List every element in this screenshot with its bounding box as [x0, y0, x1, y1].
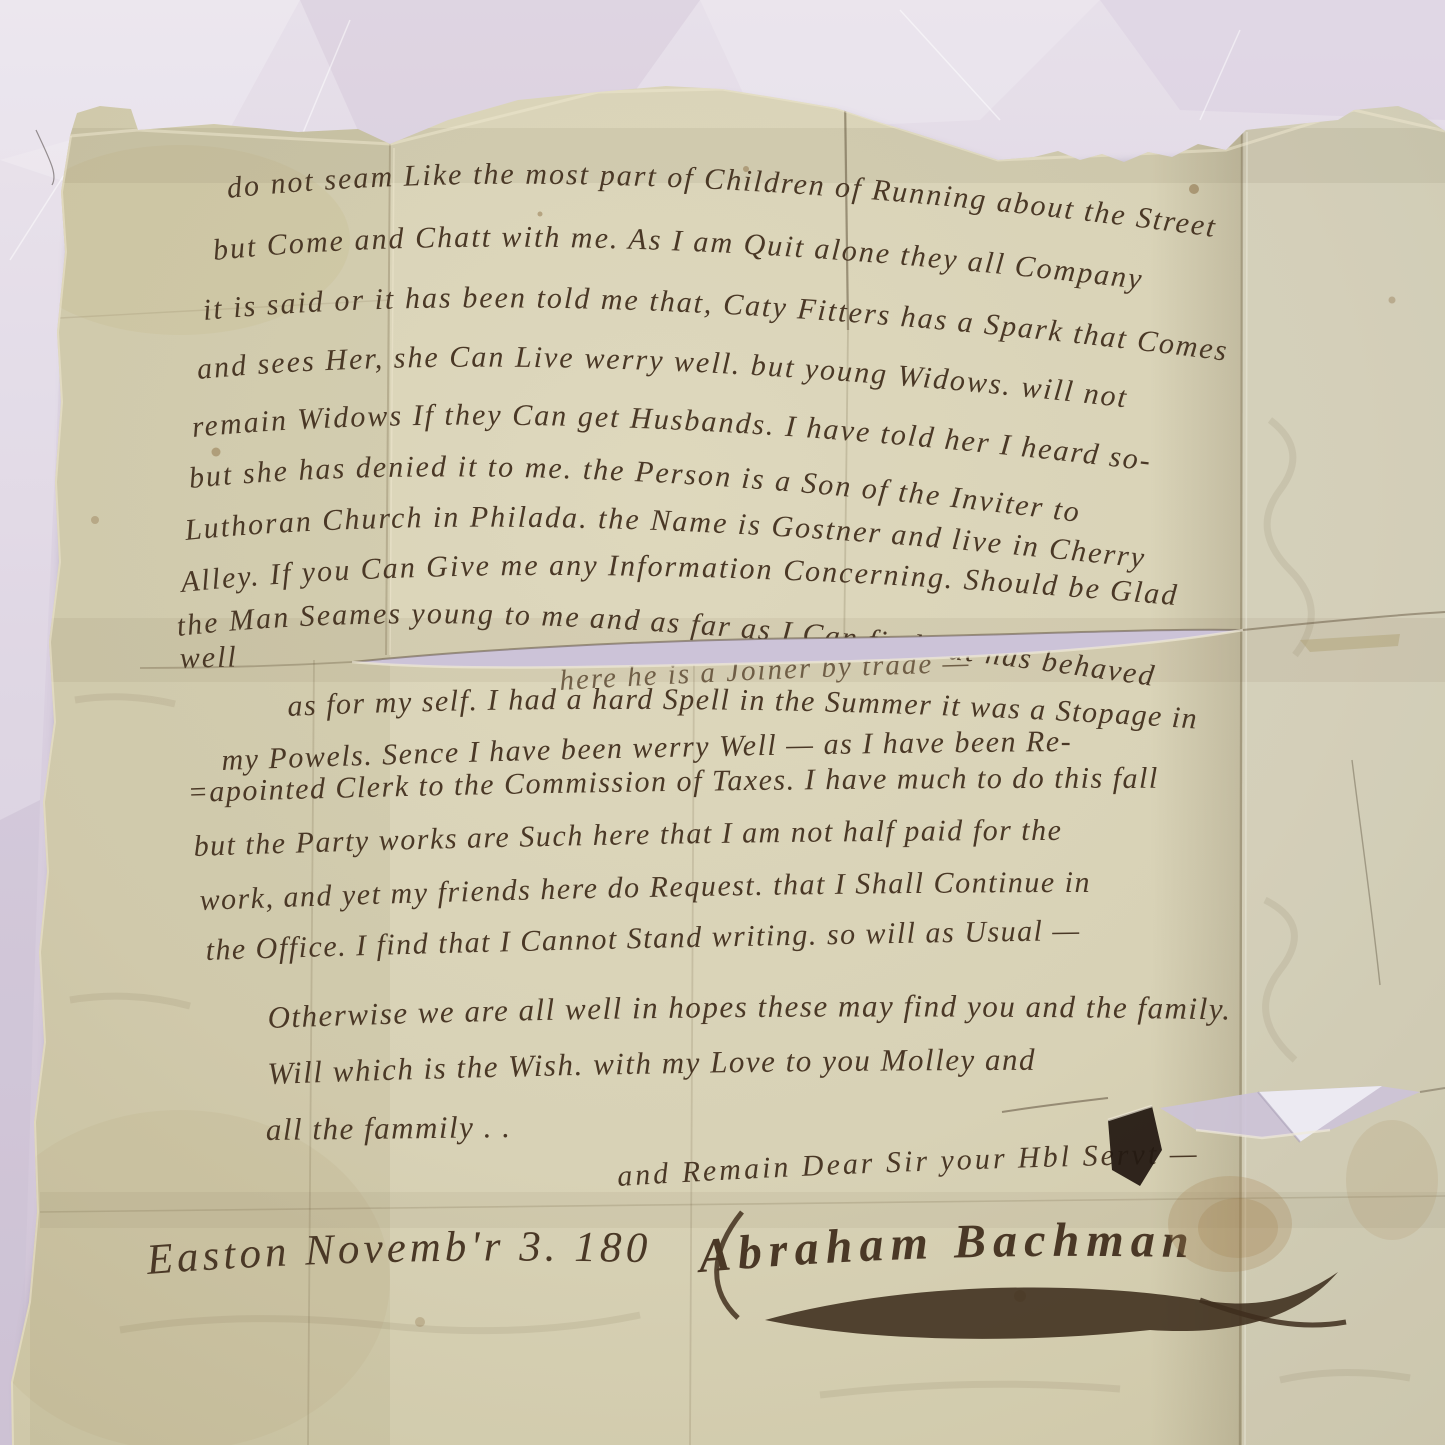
torn-line-start-text: well	[179, 640, 238, 675]
antique-letter-photo: do not seam Like the most part of Childr…	[0, 0, 1445, 1445]
letter-line: all the fammily . .	[266, 1109, 512, 1147]
torn-line-start: well	[179, 640, 238, 675]
photo-stage: do not seam Like the most part of Childr…	[0, 0, 1445, 1445]
water-stain-edge	[1346, 1120, 1438, 1240]
water-stain-core	[1198, 1198, 1278, 1258]
letter-line-text: all the fammily . .	[266, 1109, 512, 1147]
